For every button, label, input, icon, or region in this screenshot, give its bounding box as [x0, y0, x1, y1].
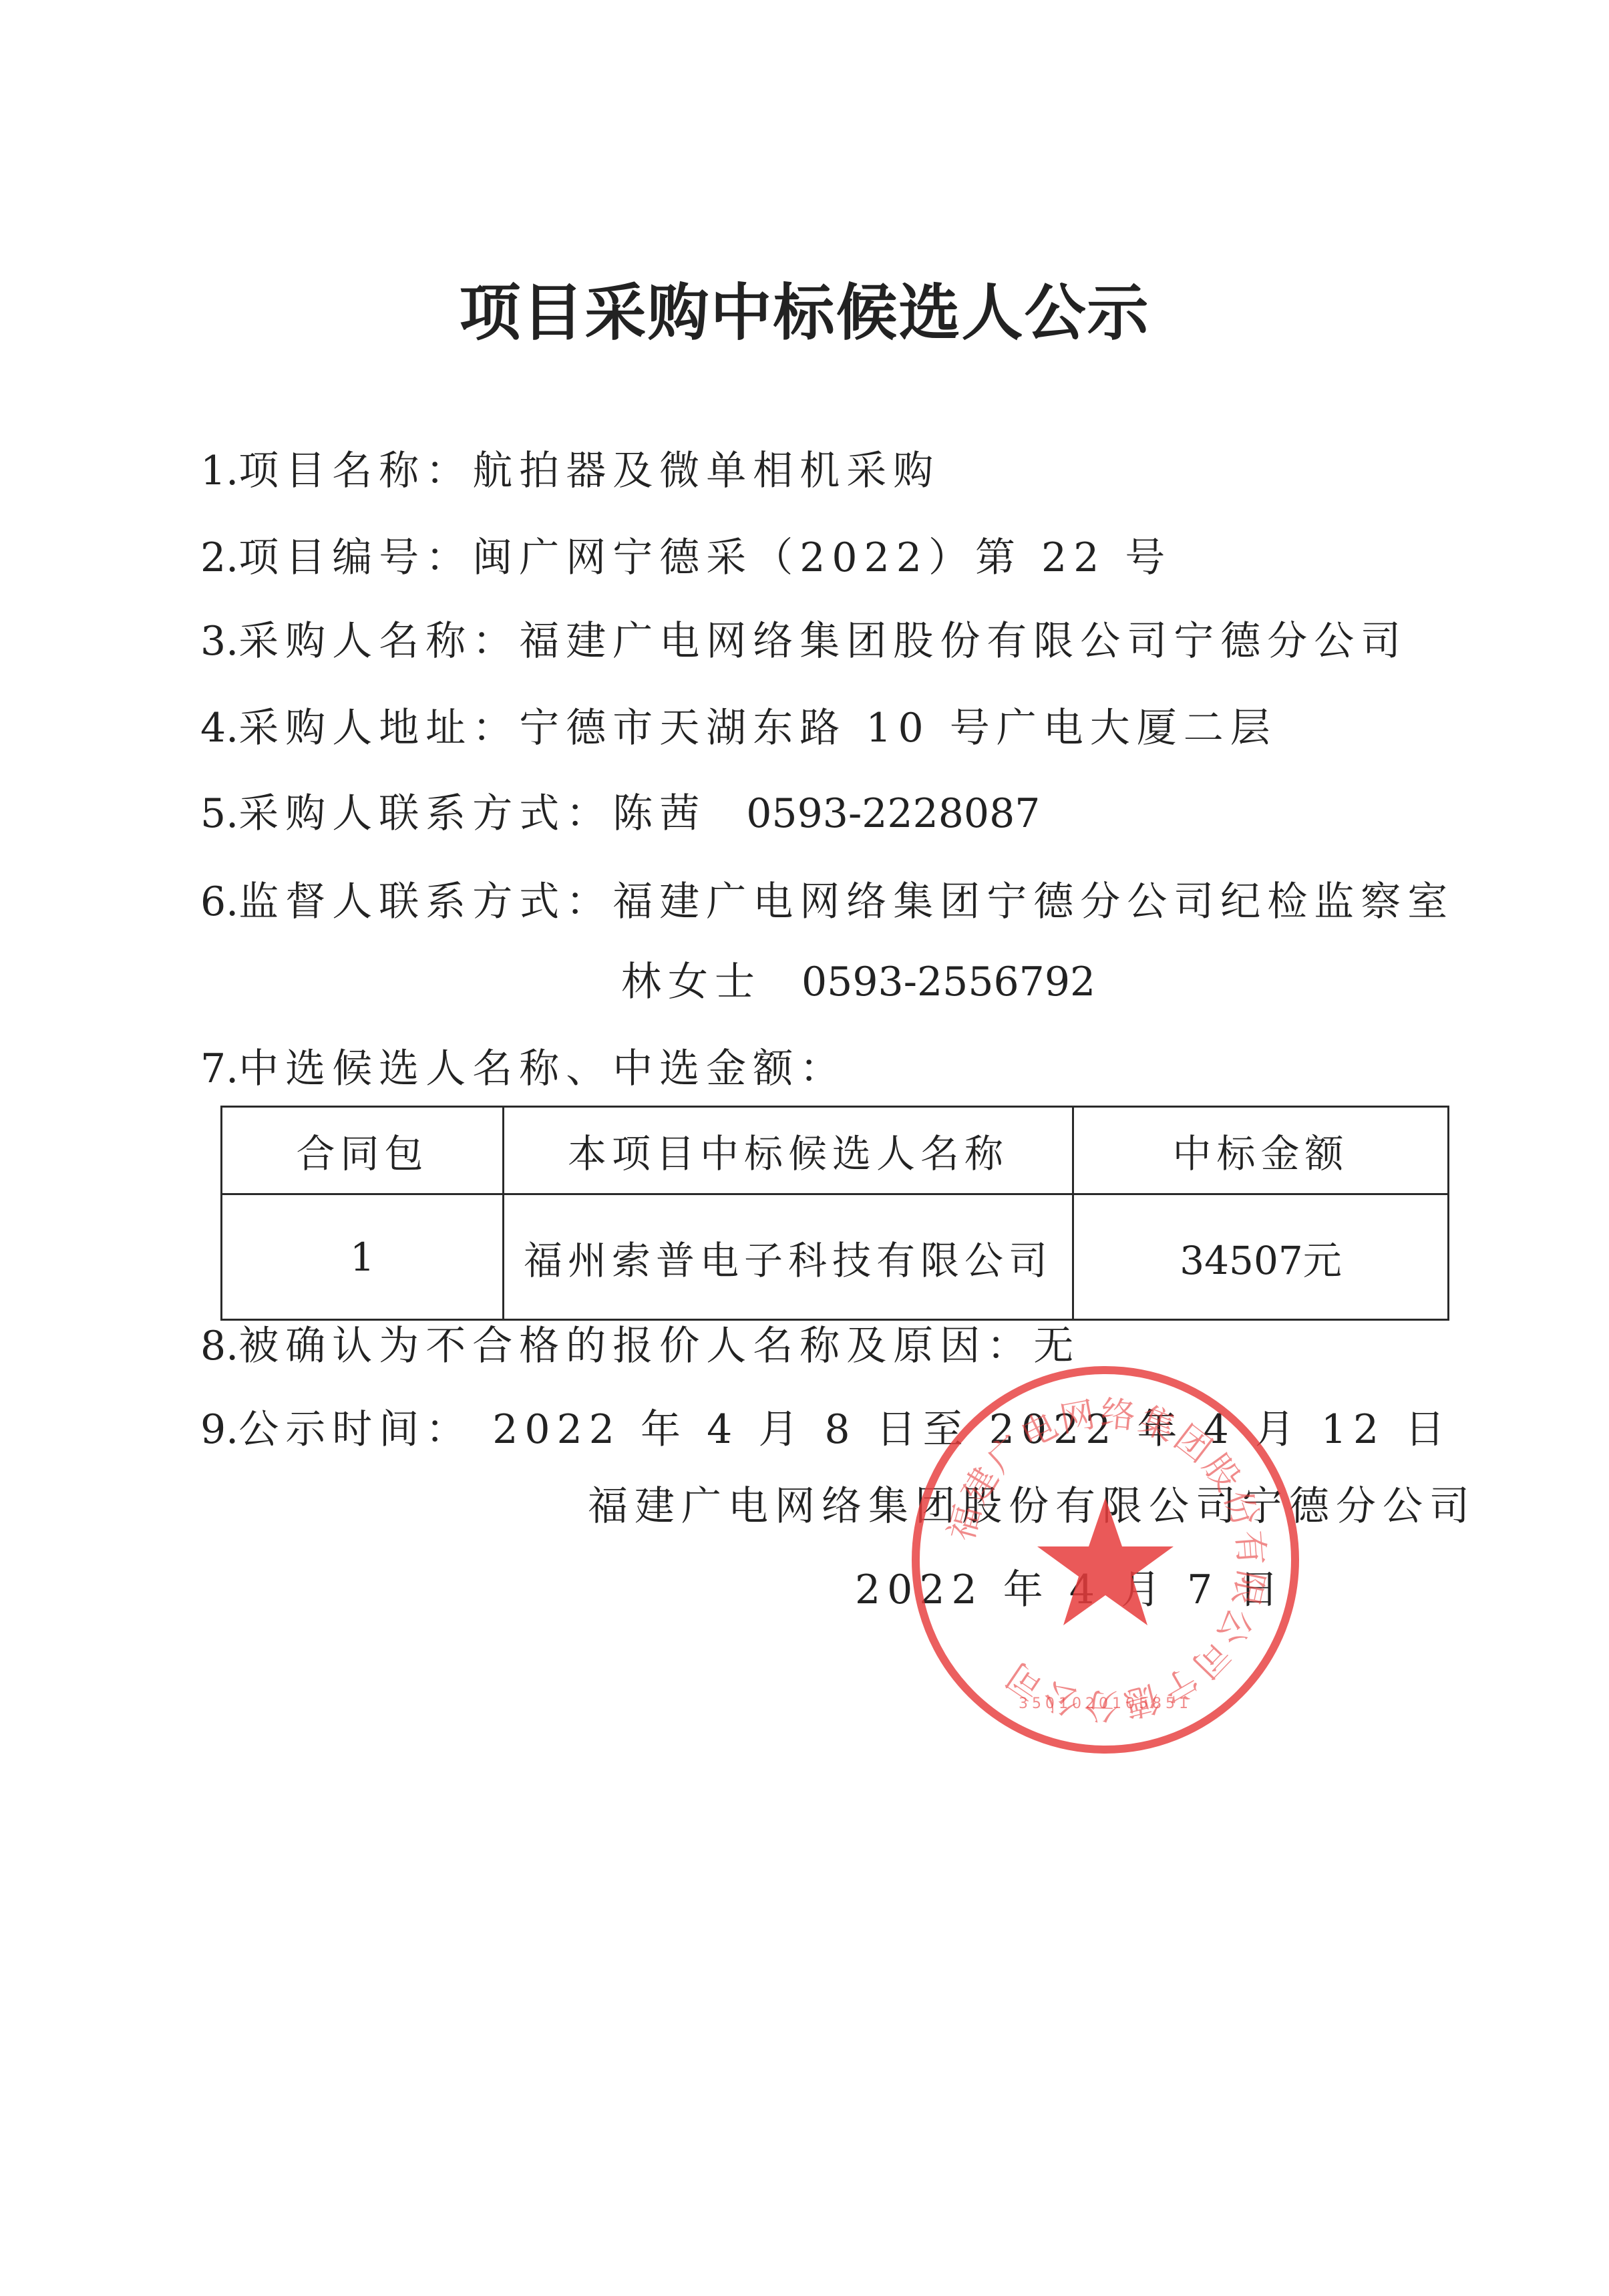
item-value: 闽广网宁德采（2022）第 22 号	[472, 534, 1172, 581]
item-label: 项目编号：	[238, 534, 472, 581]
item-index: 8.	[200, 1323, 238, 1369]
document-page: 项目采购中标候选人公示 1.项目名称：航拍器及微单相机采购 2.项目编号：闽广网…	[0, 0, 1609, 2296]
item-contact-name: 林女士	[621, 959, 761, 1005]
candidate-table: 合同包 本项目中标候选人名称 中标金额 1 福州索普电子科技有限公司 34507…	[220, 1106, 1449, 1321]
item-index: 5.	[200, 790, 238, 837]
item-label: 采购人地址：	[238, 705, 519, 752]
item-label: 中选候选人名称、中选金额：	[238, 1045, 846, 1092]
document-title: 项目采购中标候选人公示	[0, 264, 1609, 352]
item-purchaser-name: 3.采购人名称：福建广电网络集团股份有限公司宁德分公司	[200, 615, 1407, 668]
item-supervisor-person: 林女士0593-2556792	[621, 955, 1095, 1009]
item-candidate-heading: 7.中选候选人名称、中选金额：	[200, 1042, 846, 1096]
cell-contract-package: 1	[222, 1195, 504, 1319]
item-index: 2.	[200, 534, 238, 581]
item-label: 采购人联系方式：	[238, 790, 612, 837]
item-disqualified: 8.被确认为不合格的报价人名称及原因：无	[200, 1319, 1080, 1373]
signature-organization: 福建广电网络集团股份有限公司宁德分公司	[588, 1480, 1476, 1533]
cell-bid-amount: 34507元	[1074, 1195, 1447, 1319]
item-label: 公示时间：	[238, 1406, 472, 1453]
item-index: 1.	[200, 448, 238, 494]
header-candidate-name: 本项目中标候选人名称	[504, 1108, 1074, 1193]
header-contract-package: 合同包	[222, 1108, 504, 1193]
table-row: 1 福州索普电子科技有限公司 34507元	[222, 1195, 1447, 1319]
item-value: 福建广电网络集团股份有限公司宁德分公司	[519, 618, 1407, 665]
item-index: 4.	[200, 705, 238, 752]
item-purchaser-contact: 5.采购人联系方式：陈茜0593-2228087	[200, 787, 1040, 840]
item-project-name: 1.项目名称：航拍器及微单相机采购	[200, 444, 940, 498]
item-purchaser-address: 4.采购人地址：宁德市天湖东路 10 号广电大厦二层	[200, 701, 1277, 755]
item-project-number: 2.项目编号：闽广网宁德采（2022）第 22 号	[200, 531, 1172, 585]
item-phone: 0593-2556792	[801, 959, 1095, 1005]
item-index: 7.	[200, 1045, 238, 1092]
item-publicity-period: 9.公示时间：2022 年 4 月 8 日至 2022 年 4 月 12 日	[200, 1403, 1451, 1456]
item-supervisor-contact: 6.监督人联系方式：福建广电网络集团宁德分公司纪检监察室	[200, 875, 1454, 929]
item-value: 无	[1033, 1323, 1080, 1369]
item-label: 项目名称：	[238, 448, 472, 494]
item-value: 2022 年 4 月 8 日至 2022 年 4 月 12 日	[492, 1406, 1451, 1453]
item-phone: 0593-2228087	[746, 790, 1040, 837]
item-label: 被确认为不合格的报价人名称及原因：	[238, 1323, 1033, 1369]
item-value: 宁德市天湖东路 10 号广电大厦二层	[519, 705, 1277, 752]
item-label: 采购人名称：	[238, 618, 519, 665]
svg-text:3501020105851: 3501020105851	[1019, 1695, 1192, 1712]
item-contact-name: 陈茜	[612, 790, 706, 837]
item-value: 福建广电网络集团宁德分公司纪检监察室	[612, 878, 1454, 925]
item-index: 3.	[200, 618, 238, 665]
item-label: 监督人联系方式：	[238, 878, 612, 925]
signature-date: 2022 年 4 月 7 日	[855, 1563, 1285, 1617]
table-header-row: 合同包 本项目中标候选人名称 中标金额	[222, 1108, 1447, 1195]
header-bid-amount: 中标金额	[1074, 1108, 1447, 1193]
cell-candidate-name: 福州索普电子科技有限公司	[504, 1195, 1074, 1319]
item-index: 6.	[200, 878, 238, 925]
item-index: 9.	[200, 1406, 238, 1453]
item-value: 航拍器及微单相机采购	[472, 448, 940, 494]
